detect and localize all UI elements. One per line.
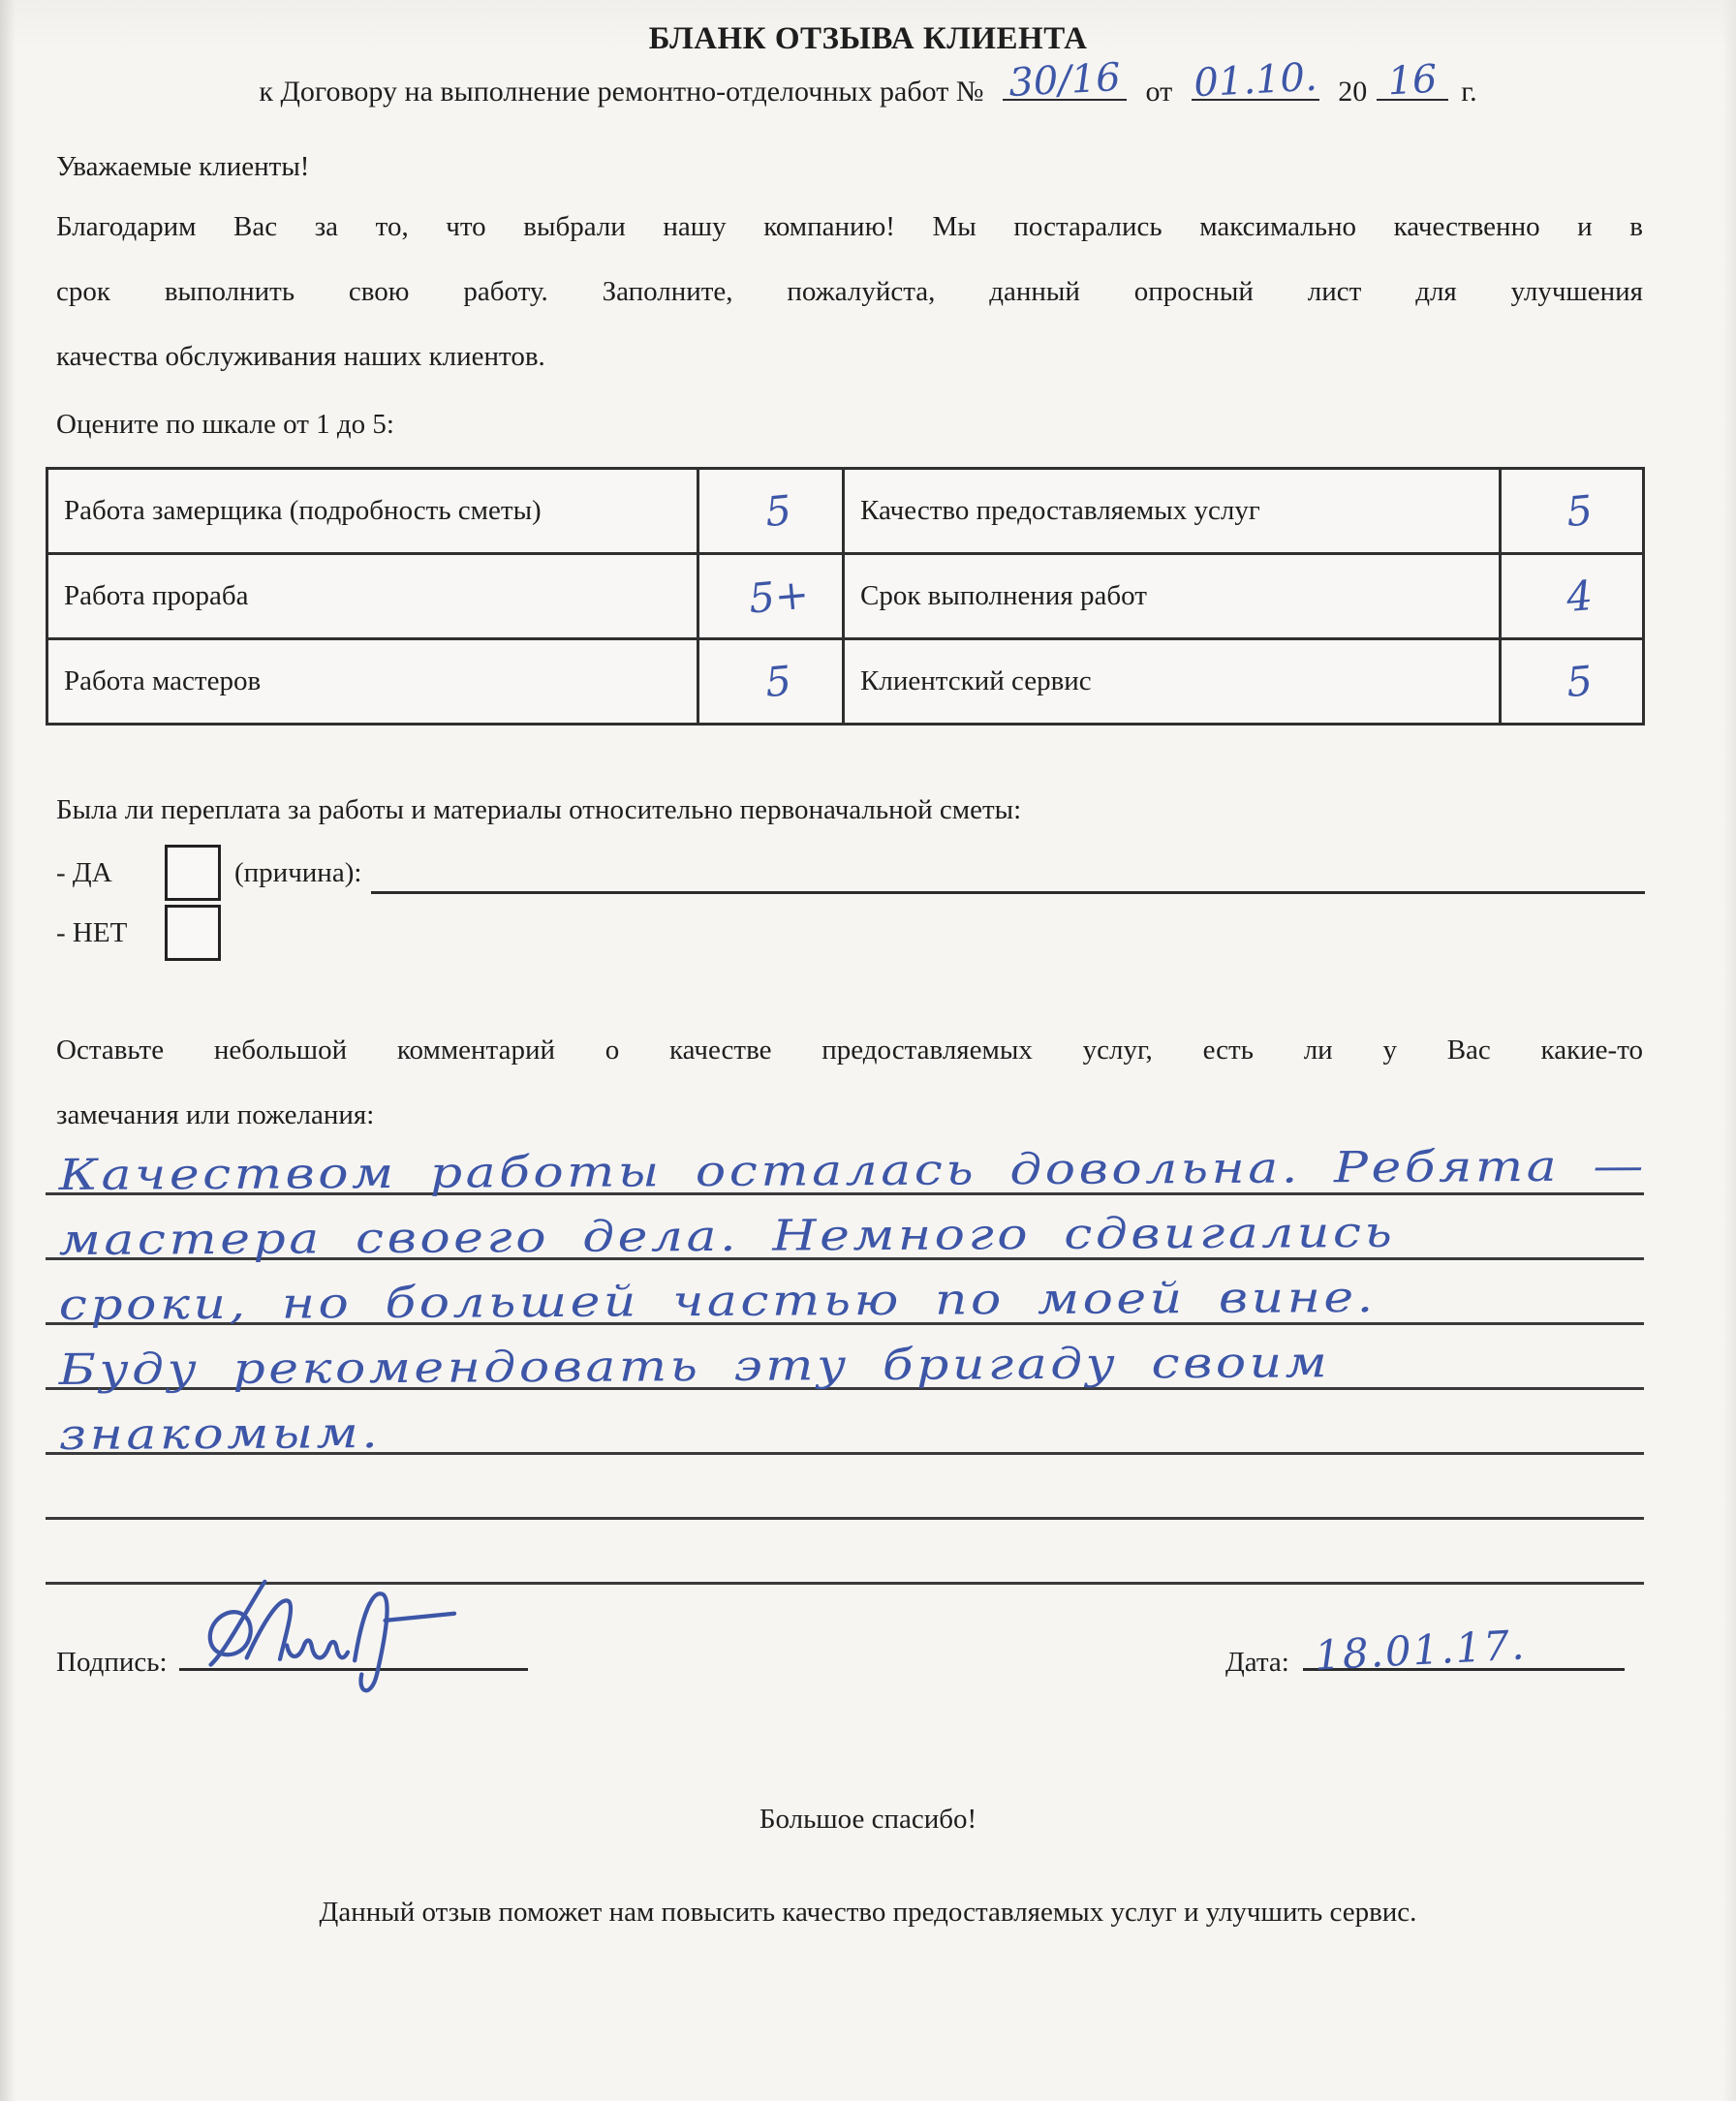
from-label: от — [1145, 76, 1172, 108]
rating-score-cell[interactable]: 5 — [1501, 639, 1644, 725]
rating-score-cell[interactable]: 5 — [698, 469, 844, 554]
year-prefix-text: 20 — [1338, 76, 1367, 108]
form-subtitle: к Договору на выполнение ремонтно-отдело… — [0, 66, 1736, 108]
signature-scribble — [183, 1569, 474, 1695]
comment-handwriting: Буду рекомендовать эту бригаду своим — [59, 1338, 1331, 1395]
rating-label: Клиентский сервис — [844, 639, 1501, 725]
date-group: Дата: 18.01.17. — [1225, 1629, 1625, 1679]
rating-score-cell[interactable]: 5 — [698, 639, 844, 725]
form-title: БЛАНК ОТЗЫВА КЛИЕНТА — [0, 21, 1736, 57]
comment-line[interactable]: знакомым. — [46, 1390, 1644, 1455]
date-field[interactable]: 18.01.17. — [1303, 1629, 1625, 1671]
date-label: Дата: — [1225, 1647, 1289, 1679]
comment-line[interactable]: Буду рекомендовать эту бригаду своим — [46, 1325, 1644, 1390]
rating-label: Работа прораба — [47, 554, 698, 639]
comment-line[interactable]: Качеством работы осталась довольна. Ребя… — [46, 1130, 1644, 1195]
overpayment-no-row: - НЕТ — [56, 905, 221, 961]
signature-group: Подпись: — [56, 1629, 528, 1679]
greeting-text: Уважаемые клиенты! — [56, 151, 309, 183]
contract-number-field[interactable]: 30/16 — [1003, 66, 1127, 101]
no-checkbox[interactable] — [165, 905, 221, 961]
rating-score-handwriting: 5+ — [747, 570, 811, 622]
comment-handwriting: Качеством работы осталась довольна. Ребя… — [59, 1141, 1647, 1200]
overpayment-yes-row: - ДА (причина): — [56, 845, 1645, 901]
year-handwriting: 16 — [1376, 56, 1449, 105]
table-row: Работа мастеров 5 Клиентский сервис 5 — [47, 639, 1644, 725]
rating-score-handwriting: 5 — [1565, 657, 1595, 706]
comment-line[interactable]: сроки, но большей частью по моей вине. — [46, 1260, 1644, 1325]
rating-score-cell[interactable]: 5+ — [698, 554, 844, 639]
rating-label: Качество предоставляемых услуг — [844, 469, 1501, 554]
contract-date-field[interactable]: 01.10. — [1192, 66, 1319, 101]
rating-label: Работа замерщика (подробность сметы) — [47, 469, 698, 554]
intro-paragraph: Благодарим Вас за то, что выбрали нашу к… — [56, 211, 1643, 406]
comment-line[interactable] — [46, 1455, 1644, 1520]
intro-paragraph-line: Благодарим Вас за то, что выбрали нашу к… — [56, 211, 1643, 276]
rating-score-handwriting: 5 — [763, 657, 793, 706]
contract-date-handwriting: 01.10. — [1191, 55, 1320, 107]
comment-handwriting: знакомым. — [59, 1408, 382, 1460]
rating-score-handwriting: 5 — [1565, 486, 1595, 536]
overpayment-question: Была ли переплата за работы и материалы … — [56, 794, 1021, 826]
comment-handwriting: сроки, но большей частью по моей вине. — [59, 1273, 1377, 1330]
signature-label: Подпись: — [56, 1647, 168, 1679]
rating-score-cell[interactable]: 5 — [1501, 469, 1644, 554]
reason-label: (причина): — [234, 857, 361, 889]
comment-area: Качеством работы осталась довольна. Ребя… — [46, 1130, 1644, 1585]
rating-label: Срок выполнения работ — [844, 554, 1501, 639]
year-suffix-text: г. — [1461, 76, 1476, 108]
ratings-table: Работа замерщика (подробность сметы) 5 К… — [46, 467, 1645, 726]
intro-paragraph-line: срок выполнить свою работу. Заполните, п… — [56, 276, 1643, 341]
intro-paragraph-line: качества обслуживания наших клиентов. — [56, 341, 1643, 406]
feedback-form-page: БЛАНК ОТЗЫВА КЛИЕНТА к Договору на выпол… — [0, 0, 1736, 2101]
reason-input-line[interactable] — [371, 852, 1645, 894]
footer-note-text: Данный отзыв поможет нам повысить качест… — [0, 1897, 1736, 1929]
rating-score-handwriting: 5 — [763, 486, 793, 536]
yes-checkbox[interactable] — [165, 845, 221, 901]
thanks-text: Большое спасибо! — [0, 1804, 1736, 1836]
comment-line[interactable]: мастера своего дела. Немного сдвигались — [46, 1195, 1644, 1260]
contract-number-handwriting: 30/16 — [1002, 55, 1128, 107]
table-row: Работа прораба 5+ Срок выполнения работ … — [47, 554, 1644, 639]
rating-score-handwriting: 4 — [1565, 572, 1595, 621]
rating-label: Работа мастеров — [47, 639, 698, 725]
table-row: Работа замерщика (подробность сметы) 5 К… — [47, 469, 1644, 554]
signature-field[interactable] — [179, 1629, 528, 1671]
comment-handwriting: мастера своего дела. Немного сдвигались — [59, 1208, 1396, 1265]
date-handwriting: 18.01.17. — [1314, 1621, 1528, 1679]
yes-label: - ДА — [56, 857, 165, 889]
no-label: - НЕТ — [56, 917, 165, 949]
signature-row: Подпись: Дата: 18.01.17. — [56, 1616, 1645, 1732]
year-field[interactable]: 16 — [1377, 66, 1448, 101]
rating-score-cell[interactable]: 4 — [1501, 554, 1644, 639]
comment-prompt-line: Оставьте небольшой комментарий о качеств… — [56, 1035, 1643, 1099]
contract-prefix-text: к Договору на выполнение ремонтно-отдело… — [259, 76, 983, 108]
scale-prompt-text: Оцените по шкале от 1 до 5: — [56, 409, 394, 441]
